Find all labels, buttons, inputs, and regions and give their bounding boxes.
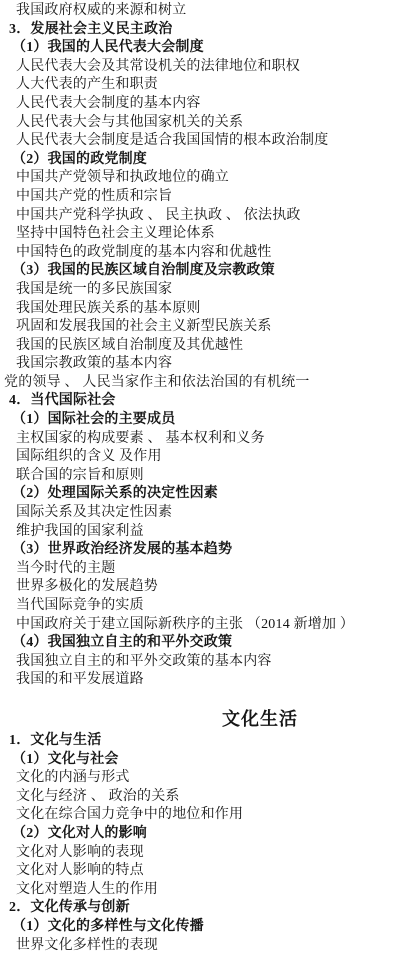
politics-outline-line: （2）我国的政党制度 xyxy=(0,151,400,170)
politics-outline-line: 人民代表大会及其常设机关的法律地位和职权 xyxy=(0,58,400,77)
culture-section-title: 文化生活 xyxy=(222,706,400,732)
politics-outline-line: 我国处理民族关系的基本原则 xyxy=(0,300,400,319)
culture-outline-line: 文化的内涵与形式 xyxy=(0,769,400,788)
politics-outline-line: 人民代表大会与其他国家机关的关系 xyxy=(0,114,400,133)
politics-outline-line: 巩固和发展我国的社会主义新型民族关系 xyxy=(0,318,400,337)
culture-outline-line: 文化对塑造人生的作用 xyxy=(0,881,400,900)
politics-outline-line: 国际组织的含义 及作用 xyxy=(0,448,400,467)
politics-outline-line: 中国共产党的性质和宗旨 xyxy=(0,188,400,207)
politics-outline-list: 我国政府权威的来源和树立3．发展社会主义民主政治（1）我国的人民代表大会制度人民… xyxy=(0,2,400,690)
politics-outline-line: 当代国际竞争的实质 xyxy=(0,597,400,616)
politics-outline-line: 我国的民族区域自治制度及其优越性 xyxy=(0,337,400,356)
culture-outline-line: 1．文化与生活 xyxy=(0,732,400,751)
culture-outline-line: 文化在综合国力竞争中的地位和作用 xyxy=(0,806,400,825)
politics-outline-line: 中国共产党领导和执政地位的确立 xyxy=(0,169,400,188)
politics-outline-line: 我国政府权威的来源和树立 xyxy=(0,2,400,21)
politics-outline-line: 世界多极化的发展趋势 xyxy=(0,578,400,597)
politics-outline-line: 党的领导 、 人民当家作主和依法治国的有机统一 xyxy=(0,374,400,393)
culture-outline-list: 1．文化与生活（1）文化与社会文化的内涵与形式文化与经济 、 政治的关系文化在综… xyxy=(0,732,400,955)
politics-outline-line: 国际关系及其决定性因素 xyxy=(0,504,400,523)
politics-outline-line: 联合国的宗旨和原则 xyxy=(0,467,400,486)
culture-outline-line: （1）文化与社会 xyxy=(0,751,400,770)
politics-outline-line: 人民代表大会制度是适合我国国情的根本政治制度 xyxy=(0,132,400,151)
politics-outline-line: （4）我国独立自主的和平外交政策 xyxy=(0,634,400,653)
culture-outline-line: 文化对人影响的表现 xyxy=(0,844,400,863)
politics-outline-line: 我国是统一的多民族国家 xyxy=(0,281,400,300)
politics-outline-line: （3）世界政治经济发展的基本趋势 xyxy=(0,541,400,560)
politics-outline-line: 中国政府关于建立国际新秩序的主张 （2014 新增加 ） xyxy=(0,616,400,635)
politics-outline-line: 4．当代国际社会 xyxy=(0,392,400,411)
politics-outline-line: （3）我国的民族区域自治制度及宗教政策 xyxy=(0,262,400,281)
politics-outline-line: （1）国际社会的主要成员 xyxy=(0,411,400,430)
politics-outline-line: 中国特色的政党制度的基本内容和优越性 xyxy=(0,244,400,263)
culture-outline-line: 2．文化传承与创新 xyxy=(0,899,400,918)
politics-outline-line: 人民代表大会制度的基本内容 xyxy=(0,95,400,114)
politics-outline-line: 我国的和平发展道路 xyxy=(0,671,400,690)
politics-outline-line: 主权国家的构成要素 、 基本权利和义务 xyxy=(0,430,400,449)
politics-outline-line: 维护我国的国家利益 xyxy=(0,523,400,542)
politics-outline-line: （1）我国的人民代表大会制度 xyxy=(0,39,400,58)
politics-outline-line: 我国独立自主的和平外交政策的基本内容 xyxy=(0,653,400,672)
culture-outline-line: 文化对人影响的特点 xyxy=(0,862,400,881)
politics-outline-line: 中国共产党科学执政 、 民主执政 、 依法执政 xyxy=(0,207,400,226)
politics-outline-line: 当今时代的主题 xyxy=(0,560,400,579)
culture-outline-line: （1）文化的多样性与文化传播 xyxy=(0,918,400,937)
culture-outline-line: 世界文化多样性的表现 xyxy=(0,937,400,956)
culture-outline-line: （2）文化对人的影响 xyxy=(0,825,400,844)
politics-outline-line: 我国宗教政策的基本内容 xyxy=(0,355,400,374)
document-page: 我国政府权威的来源和树立3．发展社会主义民主政治（1）我国的人民代表大会制度人民… xyxy=(0,0,400,957)
politics-outline-line: 3．发展社会主义民主政治 xyxy=(0,21,400,40)
politics-outline-line: 坚持中国特色社会主义理论体系 xyxy=(0,225,400,244)
politics-outline-line: （2）处理国际关系的决定性因素 xyxy=(0,485,400,504)
culture-outline-line: 文化与经济 、 政治的关系 xyxy=(0,788,400,807)
politics-outline-line: 人大代表的产生和职责 xyxy=(0,76,400,95)
